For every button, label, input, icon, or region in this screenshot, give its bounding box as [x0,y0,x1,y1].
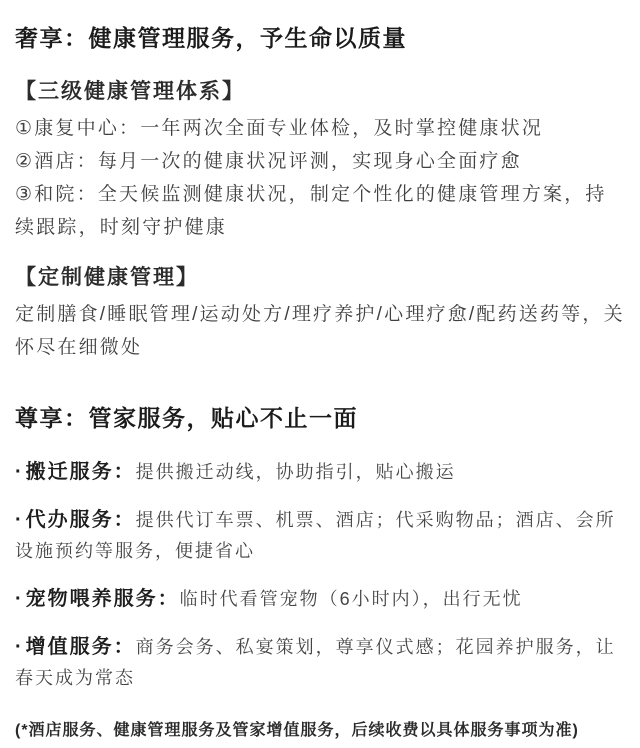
bullet-pet-care-service: ·宠物喂养服务：临时代看管宠物（6小时内），出行无忧 [15,584,625,615]
bullet-label: 搬迁服务： [26,461,136,483]
bullet-desc: 临时代看管宠物（6小时内），出行无忧 [180,589,523,609]
bullet-label: 代办服务： [26,509,136,531]
custom-health-management-paragraph: 定制膳食/睡眠管理/运动处方/理疗养护/心理疗愈/配药送药等，关怀尽在细微处 [15,298,625,364]
custom-health-management-header: 【定制健康管理】 [15,264,625,291]
document-body: 奢享：健康管理服务，予生命以质量 【三级健康管理体系】 ①康复中心：一年两次全面… [0,0,640,742]
pricing-disclaimer-footnote: (*酒店服务、健康管理服务及管家增值服务，后续收费以具体服务事项为准) [15,720,625,742]
bullet-moving-service: ·搬迁服务：提供搬迁动线，协助指引，贴心搬运 [15,457,625,488]
bullet-marker: · [15,636,24,658]
health-management-title: 奢享：健康管理服务，予生命以质量 [15,24,625,53]
three-tier-health-system-header: 【三级健康管理体系】 [15,78,625,105]
health-item-rehab-center: ①康复中心：一年两次全面专业体检，及时掌控健康状况 [15,112,625,145]
health-item-heyuan: ③和院：全天候监测健康状况，制定个性化的健康管理方案，持续跟踪，时刻守护健康 [15,178,625,244]
three-tier-health-system-block: 【三级健康管理体系】 ①康复中心：一年两次全面专业体检，及时掌控健康状况 ②酒店… [15,78,625,244]
bullet-errand-service: ·代办服务：提供代订车票、机票、酒店；代采购物品；酒店、会所设施预约等服务，便捷… [15,505,625,567]
butler-service-title: 尊享：管家服务，贴心不止一面 [15,404,625,433]
custom-health-management-block: 【定制健康管理】 定制膳食/睡眠管理/运动处方/理疗养护/心理疗愈/配药送药等，… [15,264,625,364]
bullet-desc: 提供搬迁动线，协助指引，贴心搬运 [136,462,456,482]
bullet-marker: · [15,509,24,531]
bullet-value-added-service: ·增值服务：商务会务、私宴策划，尊享仪式感；花园养护服务，让春天成为常态 [15,632,625,694]
bullet-marker: · [15,588,24,610]
health-item-hotel: ②酒店：每月一次的健康状况评测，实现身心全面疗愈 [15,145,625,178]
bullet-marker: · [15,461,24,483]
bullet-label: 宠物喂养服务： [26,588,180,610]
bullet-label: 增值服务： [26,636,136,658]
